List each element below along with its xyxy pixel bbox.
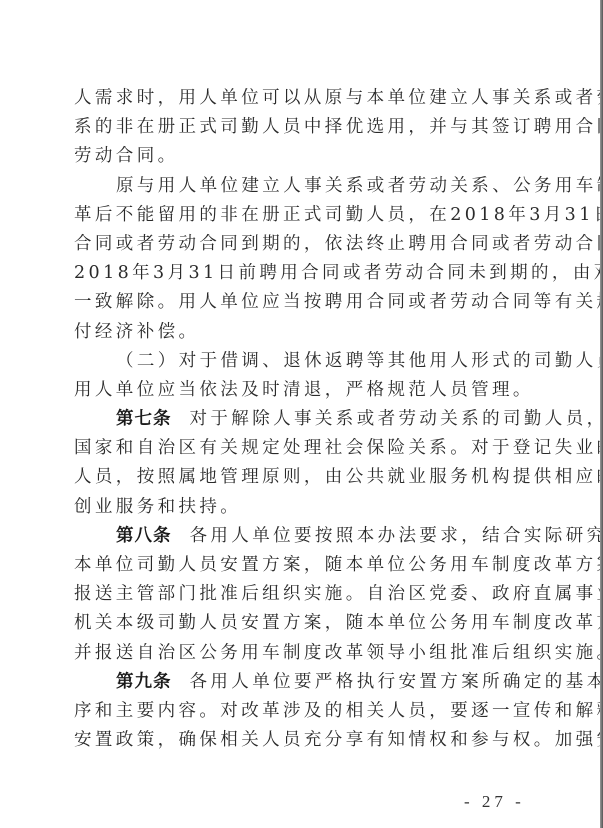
text-line: 劳动合同。 [74, 142, 516, 171]
text-line: 报送主管部门批准后组织实施。自治区党委、政府直属事业单位 [74, 580, 516, 609]
text-span: 各用人单位要严格执行安置方案所确定的基本程 [190, 672, 603, 692]
text-span: 对于解除人事关系或者劳动关系的司勤人员，按照 [190, 409, 603, 429]
document-body: 人需求时，用人单位可以从原与本单位建立人事关系或者劳动关 系的非在册正式司勤人员… [74, 84, 516, 755]
text-line: 机关本级司勤人员安置方案，随本单位公务用车制度改革方案一 [74, 609, 516, 638]
text-line: 安置政策，确保相关人员充分享有知情权和参与权。加强安置工 [74, 726, 516, 755]
article-heading: 第七条 [116, 409, 172, 429]
text-line: 序和主要内容。对改革涉及的相关人员，要逐一宣传和解释人员 [74, 697, 516, 726]
text-line: 国家和自治区有关规定处理社会保险关系。对于登记失业的司勤 [74, 434, 516, 463]
text-line: 人员，按照属地管理原则，由公共就业服务机构提供相应的就业 [74, 463, 516, 492]
text-line: 用人单位应当依法及时清退，严格规范人员管理。 [74, 376, 516, 405]
document-page: 人需求时，用人单位可以从原与本单位建立人事关系或者劳动关 系的非在册正式司勤人员… [0, 0, 600, 828]
article-8-first-line: 第八条各用人单位要按照本办法要求，结合实际研究制定 [74, 522, 516, 551]
text-line: 一致解除。用人单位应当按聘用合同或者劳动合同等有关规定支 [74, 288, 516, 317]
text-line: 系的非在册正式司勤人员中择优选用，并与其签订聘用合同或者 [74, 113, 516, 142]
article-7-first-line: 第七条对于解除人事关系或者劳动关系的司勤人员，按照 [74, 405, 516, 434]
article-heading: 第九条 [116, 672, 172, 692]
text-line: 2018年3月31日前聘用合同或者劳动合同未到期的，由双方协商 [74, 259, 516, 288]
text-line: 原与用人单位建立人事关系或者劳动关系、公务用车制度改 [74, 172, 516, 201]
text-line: 并报送自治区公务用车制度改革领导小组批准后组织实施。 [74, 639, 516, 668]
text-line: 合同或者劳动合同到期的，依法终止聘用合同或者劳动合同；在 [74, 230, 516, 259]
text-span: 各用人单位要按照本办法要求，结合实际研究制定 [190, 526, 603, 546]
text-line: （二）对于借调、退休返聘等其他用人形式的司勤人员，各 [74, 347, 516, 376]
text-line: 人需求时，用人单位可以从原与本单位建立人事关系或者劳动关 [74, 84, 516, 113]
text-line: 革后不能留用的非在册正式司勤人员，在2018年3月31日前聘用 [74, 201, 516, 230]
article-heading: 第八条 [116, 526, 172, 546]
page-number: - 27 - [464, 792, 525, 812]
text-line: 本单位司勤人员安置方案，随本单位公务用车制度改革方案一并 [74, 551, 516, 580]
article-9-first-line: 第九条各用人单位要严格执行安置方案所确定的基本程 [74, 668, 516, 697]
text-line: 付经济补偿。 [74, 318, 516, 347]
text-line: 创业服务和扶持。 [74, 493, 516, 522]
